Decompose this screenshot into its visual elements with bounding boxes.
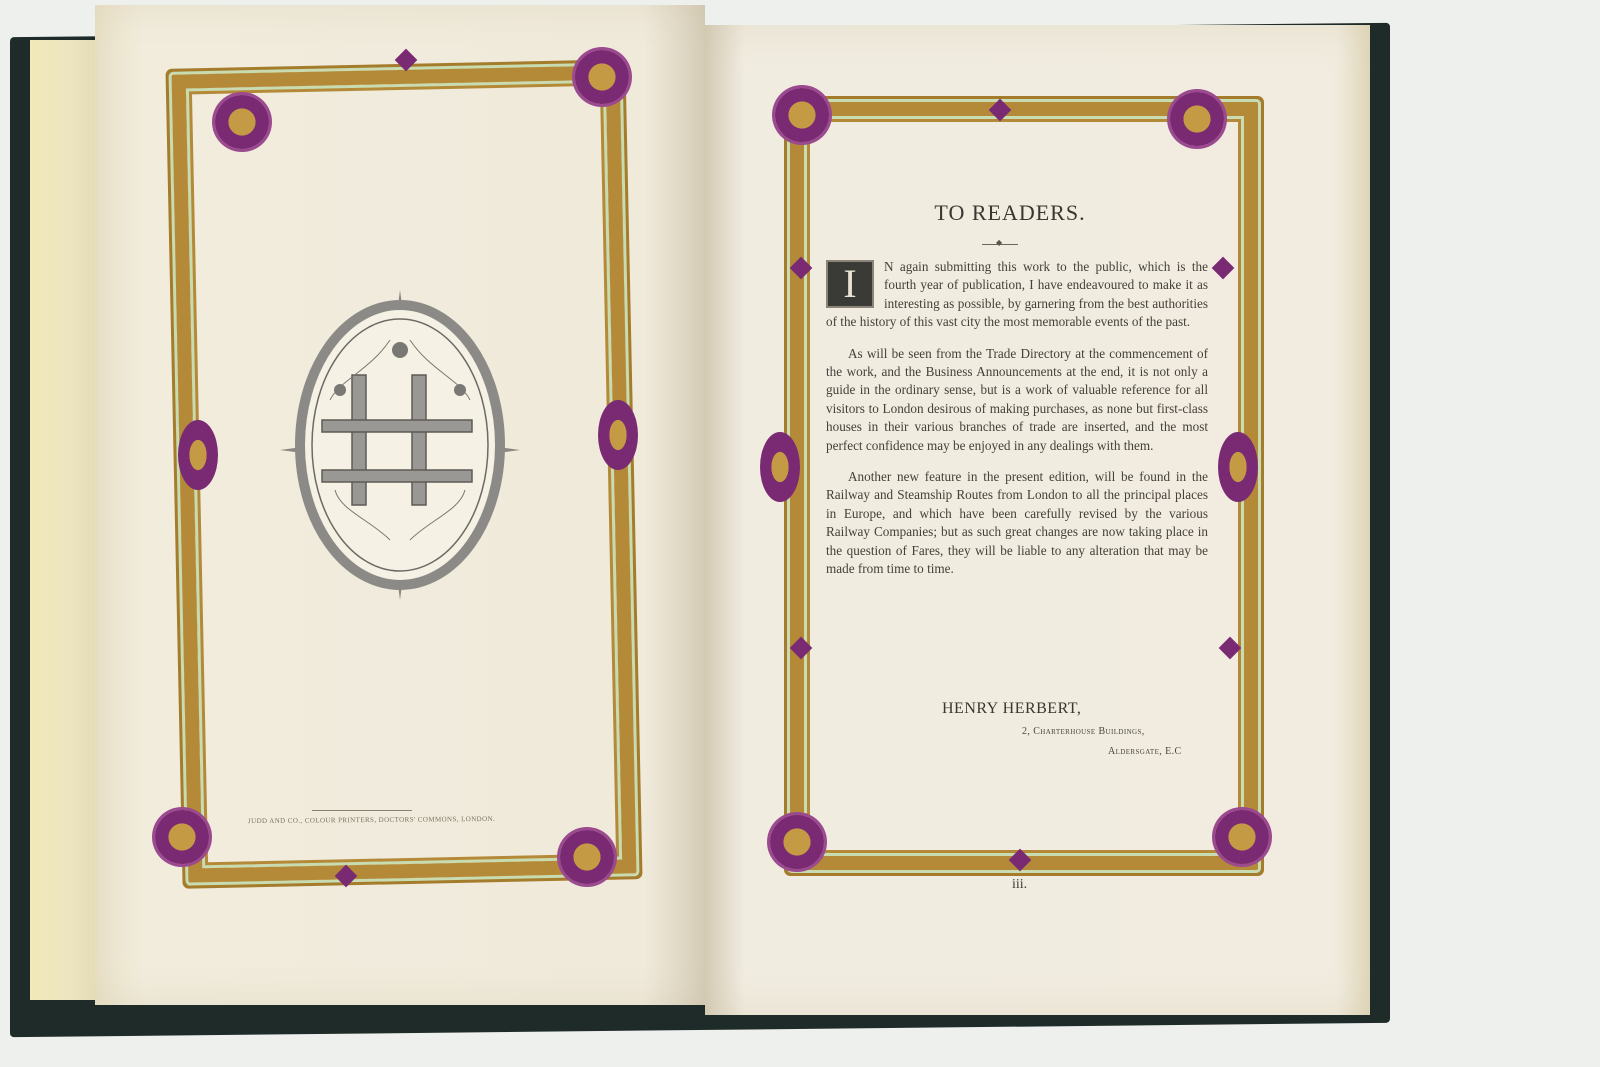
preface-body: IN again submitting this work to the pub… [826,258,1208,592]
paragraph-3: Another new feature in the present editi… [826,468,1208,578]
corner-ornament-icon [155,810,209,864]
corner-ornament-icon [1215,810,1269,864]
side-ornament-icon [1218,432,1258,502]
corner-ornament-icon [560,830,614,884]
side-ornament-icon [760,432,800,502]
page-title: TO READERS. [920,200,1100,226]
page-number: iii. [1012,877,1027,893]
printer-rule [312,810,412,811]
double-cross-emblem-icon [280,280,520,610]
paragraph-1: IN again submitting this work to the pub… [826,258,1208,332]
paragraph-2: As will be seen from the Trade Directory… [826,345,1208,455]
corner-ornament-icon [770,815,824,869]
corner-ornament-icon [775,88,829,142]
corner-ornament-icon [575,50,629,104]
address-line-1: 2, Charterhouse Buildings, [1022,726,1145,737]
side-ornament-icon [598,400,638,470]
title-divider [982,244,1018,245]
side-ornament-icon [178,420,218,490]
address-line-2: Aldersgate, E.C [1108,746,1182,757]
corner-ornament-icon [215,95,269,149]
corner-ornament-icon [1170,92,1224,146]
dropcap-initial: I [826,260,874,308]
author-signature: HENRY HERBERT, [942,700,1081,718]
